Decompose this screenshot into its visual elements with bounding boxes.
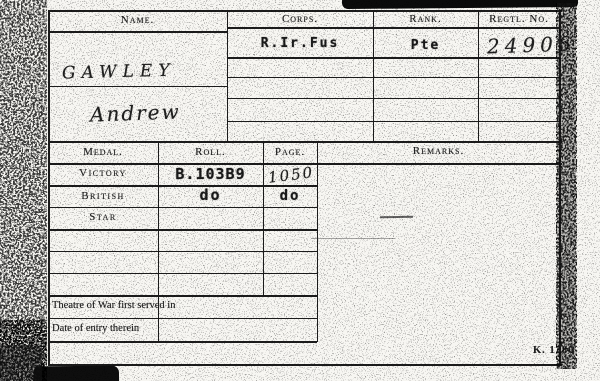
rank-header: Rank. <box>373 13 478 25</box>
corps-value: R.Ir.Fus <box>227 36 373 51</box>
roll-cell-british: do <box>158 186 263 204</box>
rule-line <box>227 121 560 122</box>
card-border-top <box>48 10 562 12</box>
rule-line <box>48 207 317 208</box>
page-cell-british: do <box>263 188 317 204</box>
page-cell-victory-handwritten: 1050 <box>267 163 315 186</box>
scan-smudge-top <box>342 0 578 9</box>
given-name-handwritten: Andrew <box>90 99 181 126</box>
remarks-column-header: Remarks. <box>317 145 560 157</box>
rule-line <box>48 341 317 343</box>
surname-handwritten: GAWLEY <box>62 61 176 84</box>
medal-column-header: Medal. <box>48 146 158 158</box>
divider-page-remarks <box>317 141 318 342</box>
roll-column-header: Roll. <box>158 146 263 158</box>
rule-line <box>48 31 227 33</box>
rank-value: Pte <box>373 38 478 53</box>
corps-header: Corps. <box>227 13 373 25</box>
form-reference-code: K. 1380 <box>533 345 574 356</box>
card-border-left <box>48 10 50 366</box>
date-of-entry-label: Date of entry therein <box>52 323 139 334</box>
medal-row-victory: Victory <box>48 167 158 179</box>
scan-blob-bottom-left <box>34 366 119 381</box>
surname-underline <box>50 86 227 87</box>
rule-line <box>48 295 317 297</box>
regtl-number-handwritten: 24906 <box>487 31 576 58</box>
card-border-right <box>559 10 561 366</box>
rule-line <box>227 77 560 78</box>
stray-mark <box>311 238 395 239</box>
rule-line <box>48 273 317 274</box>
rule-line <box>48 251 317 252</box>
regtl-header: Regtl. No. <box>478 13 560 25</box>
rule-line <box>227 27 560 29</box>
rule-line <box>48 318 317 319</box>
medal-row-british: British <box>48 190 158 202</box>
page-column-header: Page. <box>263 146 317 158</box>
rule-line <box>48 229 317 231</box>
medal-row-star: Star <box>48 211 158 223</box>
medal-table-top <box>48 141 562 143</box>
stray-mark <box>380 216 413 219</box>
roll-cell-victory: B.103B9 <box>158 165 263 183</box>
theatre-of-war-label: Theatre of War first served in <box>52 300 175 311</box>
rule-line <box>227 98 560 99</box>
card-border-bottom <box>48 364 562 366</box>
name-header: Name. <box>48 14 227 26</box>
medal-index-card-scan: Name. Corps. Rank. Regtl. No. R.Ir.Fus P… <box>0 0 600 381</box>
